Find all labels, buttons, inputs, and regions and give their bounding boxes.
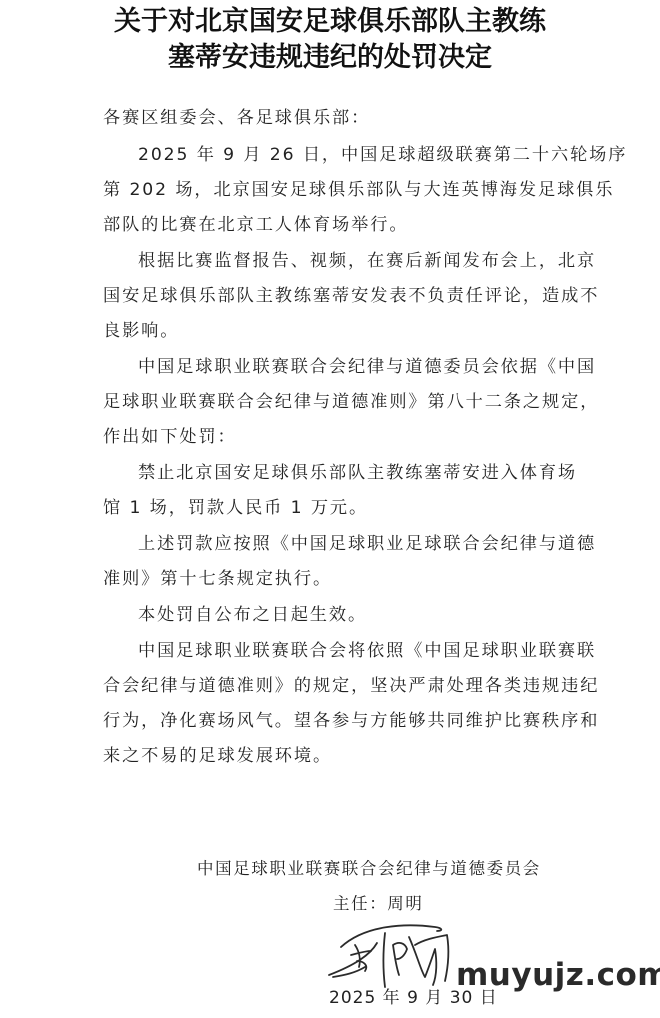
paragraph-line: 良影响。 [103, 320, 573, 342]
paragraph-line: 行为，净化赛场风气。望各参与方能够共同维护比赛秩序和 [103, 710, 573, 732]
paragraph-line: 准则》第十七条规定执行。 [103, 568, 573, 590]
issuing-organization: 中国足球职业联赛联合会纪律与道德委员会 [197, 858, 541, 880]
paragraph-line: 中国足球职业联赛联合会纪律与道德委员会依据《中国 [138, 356, 608, 378]
handwritten-signature-icon [325, 915, 475, 995]
salutation: 各赛区组委会、各足球俱乐部： [103, 107, 573, 129]
paragraph-line: 中国足球职业联赛联合会将依照《中国足球职业联赛联 [138, 640, 608, 662]
paragraph-line: 合会纪律与道德准则》的规定，坚决严肃处理各类违规违纪 [103, 675, 573, 697]
site-watermark: muyujz.com [456, 958, 660, 992]
paragraph-line: 禁止北京国安足球俱乐部队主教练塞蒂安进入体育场 [138, 462, 608, 484]
signer-title: 主任：周明 [333, 893, 424, 915]
paragraph-line: 来之不易的足球发展环境。 [103, 745, 573, 767]
paragraph-line: 足球职业联赛联合会纪律与道德准则》第八十二条之规定， [103, 391, 573, 413]
paragraph-line: 部队的比赛在北京工人体育场举行。 [103, 214, 573, 236]
paragraph-line: 作出如下处罚： [103, 426, 573, 448]
paragraph-line: 上述罚款应按照《中国足球职业足球联合会纪律与道德 [138, 533, 608, 555]
paragraph-line: 2025 年 9 月 26 日，中国足球超级联赛第二十六轮场序 [138, 144, 608, 166]
document-title-line-1: 关于对北京国安足球俱乐部队主教练 [0, 4, 660, 40]
document-title-line-2: 塞蒂安违规违纪的处罚决定 [0, 40, 660, 76]
paragraph-line: 馆 1 场，罚款人民币 1 万元。 [103, 497, 573, 519]
paragraph-line: 根据比赛监督报告、视频，在赛后新闻发布会上，北京 [138, 250, 608, 272]
paragraph-line: 本处罚自公布之日起生效。 [138, 604, 608, 626]
paragraph-line: 第 202 场，北京国安足球俱乐部队与大连英博海发足球俱乐 [103, 179, 573, 201]
paragraph-line: 国安足球俱乐部队主教练塞蒂安发表不负责任评论，造成不 [103, 285, 573, 307]
